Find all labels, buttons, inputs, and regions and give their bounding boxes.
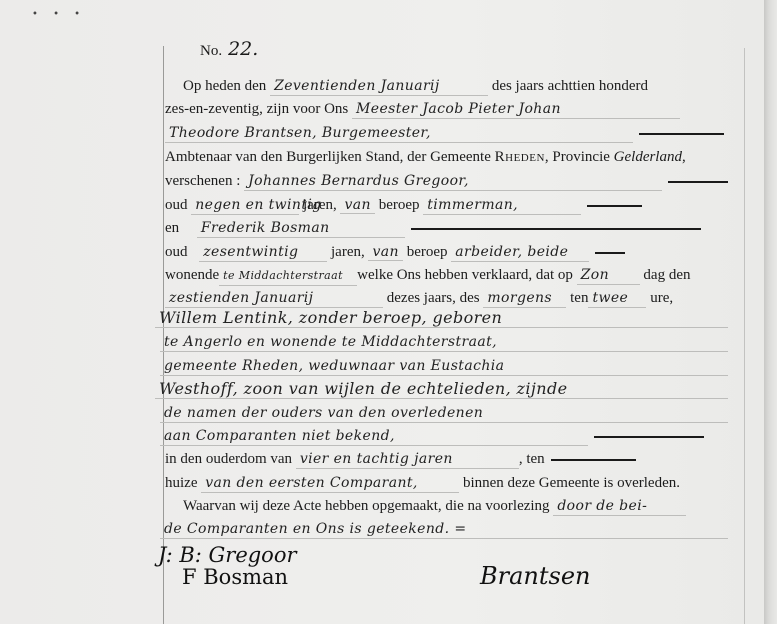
line-8: oud zesentwintig jaren, van beroep arbei…: [165, 243, 625, 262]
printed-text: binnen deze Gemeente is overleden.: [463, 475, 680, 491]
handwritten-death-date: zestienden Januarij: [165, 289, 383, 308]
handwritten-occupation: arbeider, beide: [451, 243, 589, 262]
handwritten-birthplace-residence: te Angerlo en wonende te Middachterstraa…: [160, 333, 728, 352]
printed-text: beroep: [379, 197, 420, 213]
certificate-number: No.22.: [200, 38, 258, 60]
fill-line: [411, 228, 701, 230]
printed-text: beroep: [407, 244, 448, 260]
printed-text: en: [165, 220, 179, 236]
printed-text: , ten: [519, 451, 545, 467]
line-2: zes-en-zeventig, zijn voor Ons Meester J…: [165, 100, 680, 119]
right-margin-rule: [744, 48, 745, 624]
handwritten-hour: twee: [588, 289, 646, 308]
printed-text: welke Ons hebben verklaard, dat op: [357, 267, 573, 283]
handwritten-deceased-name: Willem Lentink, zonder beroep, geboren: [155, 309, 728, 328]
line-13: gemeente Rheden, weduwnaar van Eustachia: [160, 357, 728, 376]
line-6: oud negen en twintig jaren, van beroep t…: [165, 196, 642, 215]
line-12: te Angerlo en wonende te Middachterstraa…: [160, 333, 728, 352]
line-20: de Comparanten en Ons is geteekend. =: [160, 520, 728, 539]
line-15: de namen der ouders van den overledenen: [160, 404, 728, 423]
printed-text: Waarvan wij deze Acte hebben opgemaakt, …: [183, 498, 550, 514]
line-19: Waarvan wij deze Acte hebben opgemaakt, …: [183, 497, 686, 516]
handwritten-age: negen en twintig: [191, 196, 299, 215]
handwritten-age: zesentwintig: [199, 243, 327, 262]
line-3: Theodore Brantsen, Burgemeester,: [165, 124, 724, 143]
number-label: No.: [200, 43, 222, 59]
document-page: • • • No.22. Op heden den Zeventienden J…: [0, 0, 766, 624]
fill-line: [639, 133, 724, 135]
handwritten-not-known: aan Comparanten niet bekend,: [160, 427, 588, 446]
printed-text: des jaars achttien honderd: [492, 78, 648, 94]
handwritten-parents-unknown: de namen der ouders van den overledenen: [160, 404, 728, 423]
printed-text: in den ouderdom van: [165, 451, 292, 467]
line-9: wonendete Middachterstraatwelke Ons hebb…: [165, 266, 691, 286]
handwritten-official-title: Theodore Brantsen, Burgemeester,: [165, 124, 633, 143]
line-7: en Frederik Bosman: [165, 219, 701, 238]
printed-text: Op heden den: [183, 78, 266, 94]
handwritten-witness-2: Frederik Bosman: [197, 219, 405, 238]
line-1: Op heden den Zeventienden Januarij des j…: [183, 77, 648, 96]
handwritten-place-of-death: van den eersten Comparant,: [201, 474, 459, 493]
handwritten-residence: te Middachterstraat: [219, 267, 357, 286]
line-4: Ambtenaar van den Burgerlijken Stand, de…: [165, 148, 686, 166]
line-11: Willem Lentink, zonder beroep, geboren: [155, 309, 728, 328]
printed-text: zes-en-zeventig, zijn voor Ons: [165, 101, 348, 117]
printed-text: dezes jaars, des: [387, 290, 480, 306]
handwritten-date: Zeventienden Januarij: [270, 77, 488, 96]
handwritten-age-at-death: vier en tachtig jaren: [296, 450, 519, 469]
handwritten-van: van: [340, 197, 374, 214]
number-value: 22.: [228, 38, 258, 60]
handwritten-time-of-day: morgens: [483, 289, 566, 308]
printed-text: ,: [682, 149, 686, 165]
handwritten-closing-a: door de bei-: [553, 497, 686, 516]
handwritten-van: van: [368, 244, 402, 261]
line-18: huize van den eersten Comparant, binnen …: [165, 474, 680, 493]
fill-line: [595, 252, 625, 254]
signature-witness-2: F Bosman: [182, 565, 288, 589]
handwritten-parents: Westhoff, zoon van wijlen de echtelieden…: [155, 380, 728, 399]
page-edge-shadow: [764, 0, 777, 624]
printed-text: jaren,: [303, 197, 337, 213]
printed-text: ten: [570, 290, 588, 306]
fill-line: [551, 459, 636, 461]
printed-text: oud: [165, 244, 188, 260]
printed-text: oud: [165, 197, 188, 213]
printed-text: wonende: [165, 267, 219, 283]
line-10: zestienden Januarij dezes jaars, des mor…: [165, 289, 673, 308]
province: Gelderland: [614, 149, 682, 165]
fill-line: [594, 436, 704, 438]
line-5: verschenen : Johannes Bernardus Gregoor,: [165, 172, 728, 191]
handwritten-witness-1: Johannes Bernardus Gregoor,: [244, 172, 662, 191]
signature-official: Brantsen: [480, 562, 591, 590]
handwritten-occupation: timmerman,: [423, 196, 581, 215]
printed-text: Ambtenaar van den Burgerlijken Stand, de…: [165, 149, 491, 165]
printed-text: , Provincie: [545, 149, 610, 165]
line-14: Westhoff, zoon van wijlen de echtelieden…: [155, 380, 728, 399]
printed-text: jaren,: [331, 244, 365, 260]
fill-line: [587, 205, 642, 207]
signature-witness-1: J: B: Gregoor: [158, 543, 297, 567]
printed-text: huize: [165, 475, 197, 491]
line-17: in den ouderdom van vier en tachtig jare…: [165, 450, 636, 469]
handwritten-weekday: Zon: [577, 266, 640, 285]
handwritten-closing-b: de Comparanten en Ons is geteekend. =: [160, 520, 728, 539]
corner-marks: • • •: [32, 9, 86, 20]
handwritten-spouse: gemeente Rheden, weduwnaar van Eustachia: [160, 357, 728, 376]
handwritten-official-name: Meester Jacob Pieter Johan: [352, 100, 680, 119]
fill-line: [668, 181, 728, 183]
printed-text: ure,: [650, 290, 673, 306]
printed-text: dag den: [643, 267, 690, 283]
municipality: Rheden: [495, 149, 545, 165]
printed-text: verschenen :: [165, 173, 240, 189]
line-16: aan Comparanten niet bekend,: [160, 427, 704, 446]
